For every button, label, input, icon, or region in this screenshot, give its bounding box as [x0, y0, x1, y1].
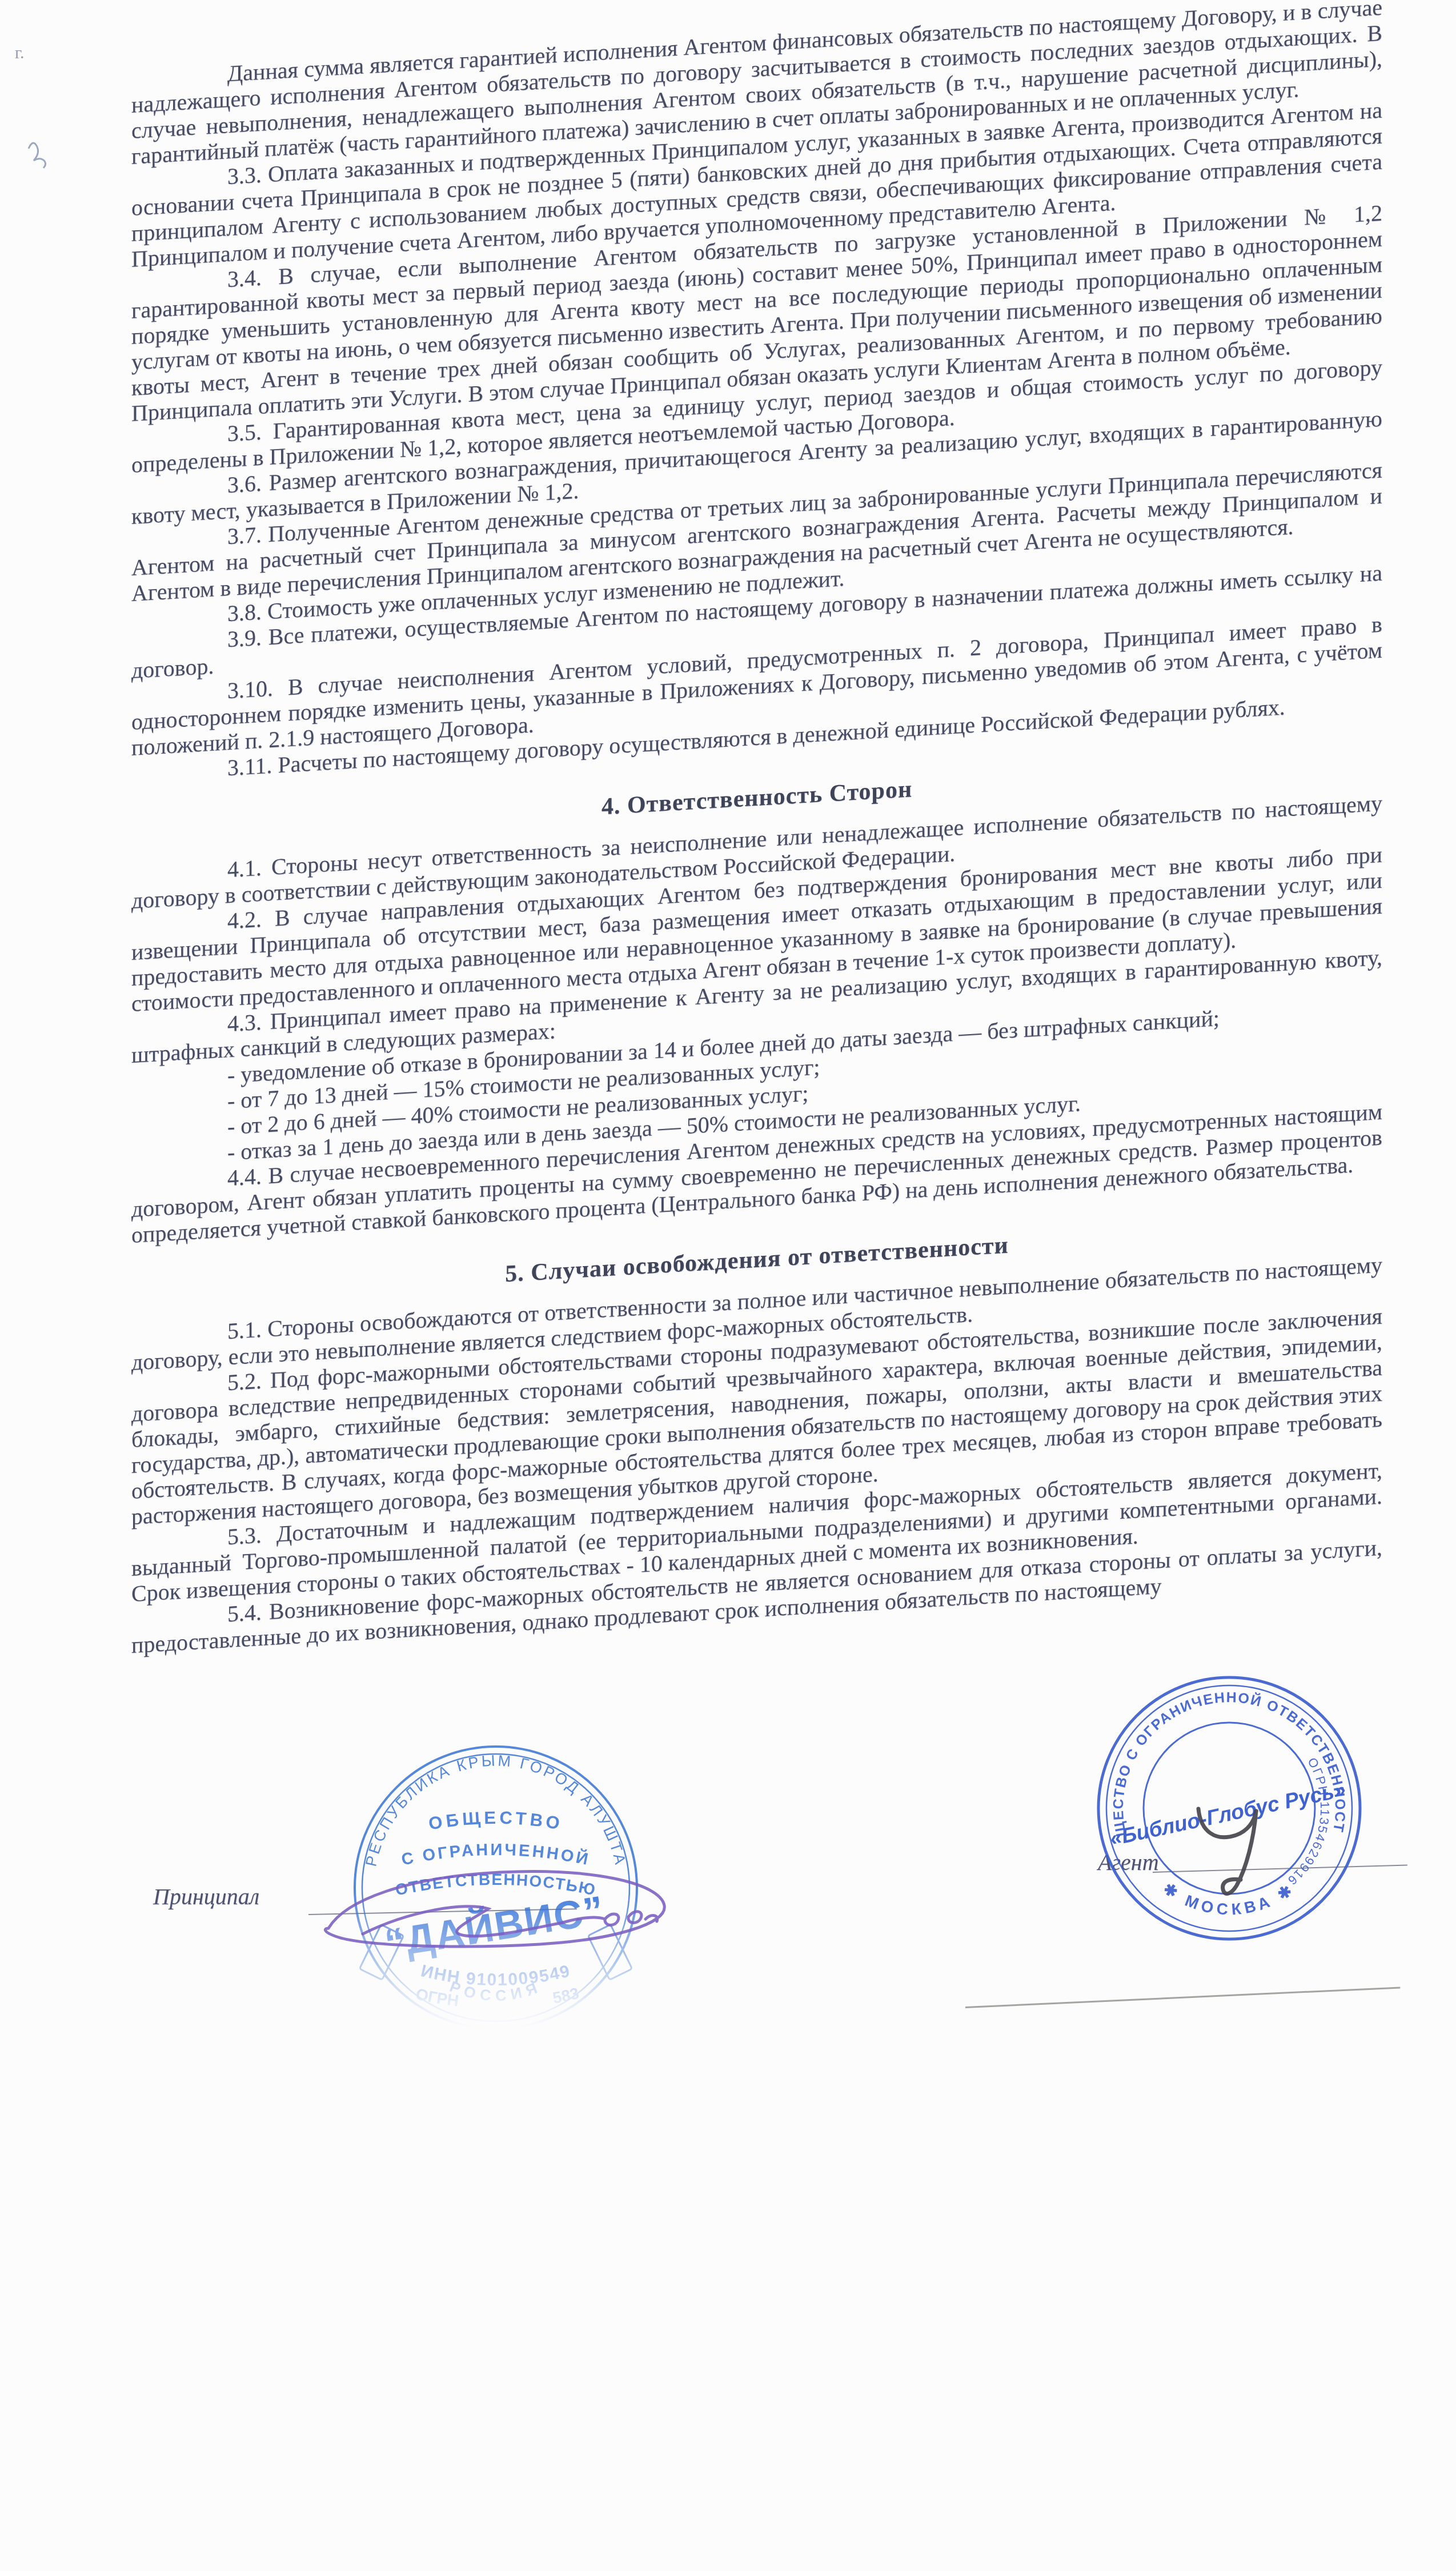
page-bottom-line	[965, 1987, 1400, 2008]
stamp-org-line1: ОБЩЕСТВО	[427, 1808, 565, 1834]
contract-text: Данная сумма является гарантией исполнен…	[131, 0, 1382, 1658]
svg-text:ОБЩЕСТВО: ОБЩЕСТВО	[427, 1808, 565, 1834]
agent-signature	[1181, 1799, 1307, 1919]
principal-signature	[294, 1843, 694, 1974]
scan-artifact	[24, 136, 50, 170]
scan-artifact: г.	[15, 43, 24, 63]
principal-label: Принципал	[153, 1883, 259, 1910]
scanned-contract-page: г. Данная сумма является гарантией испол…	[0, 0, 1456, 2571]
